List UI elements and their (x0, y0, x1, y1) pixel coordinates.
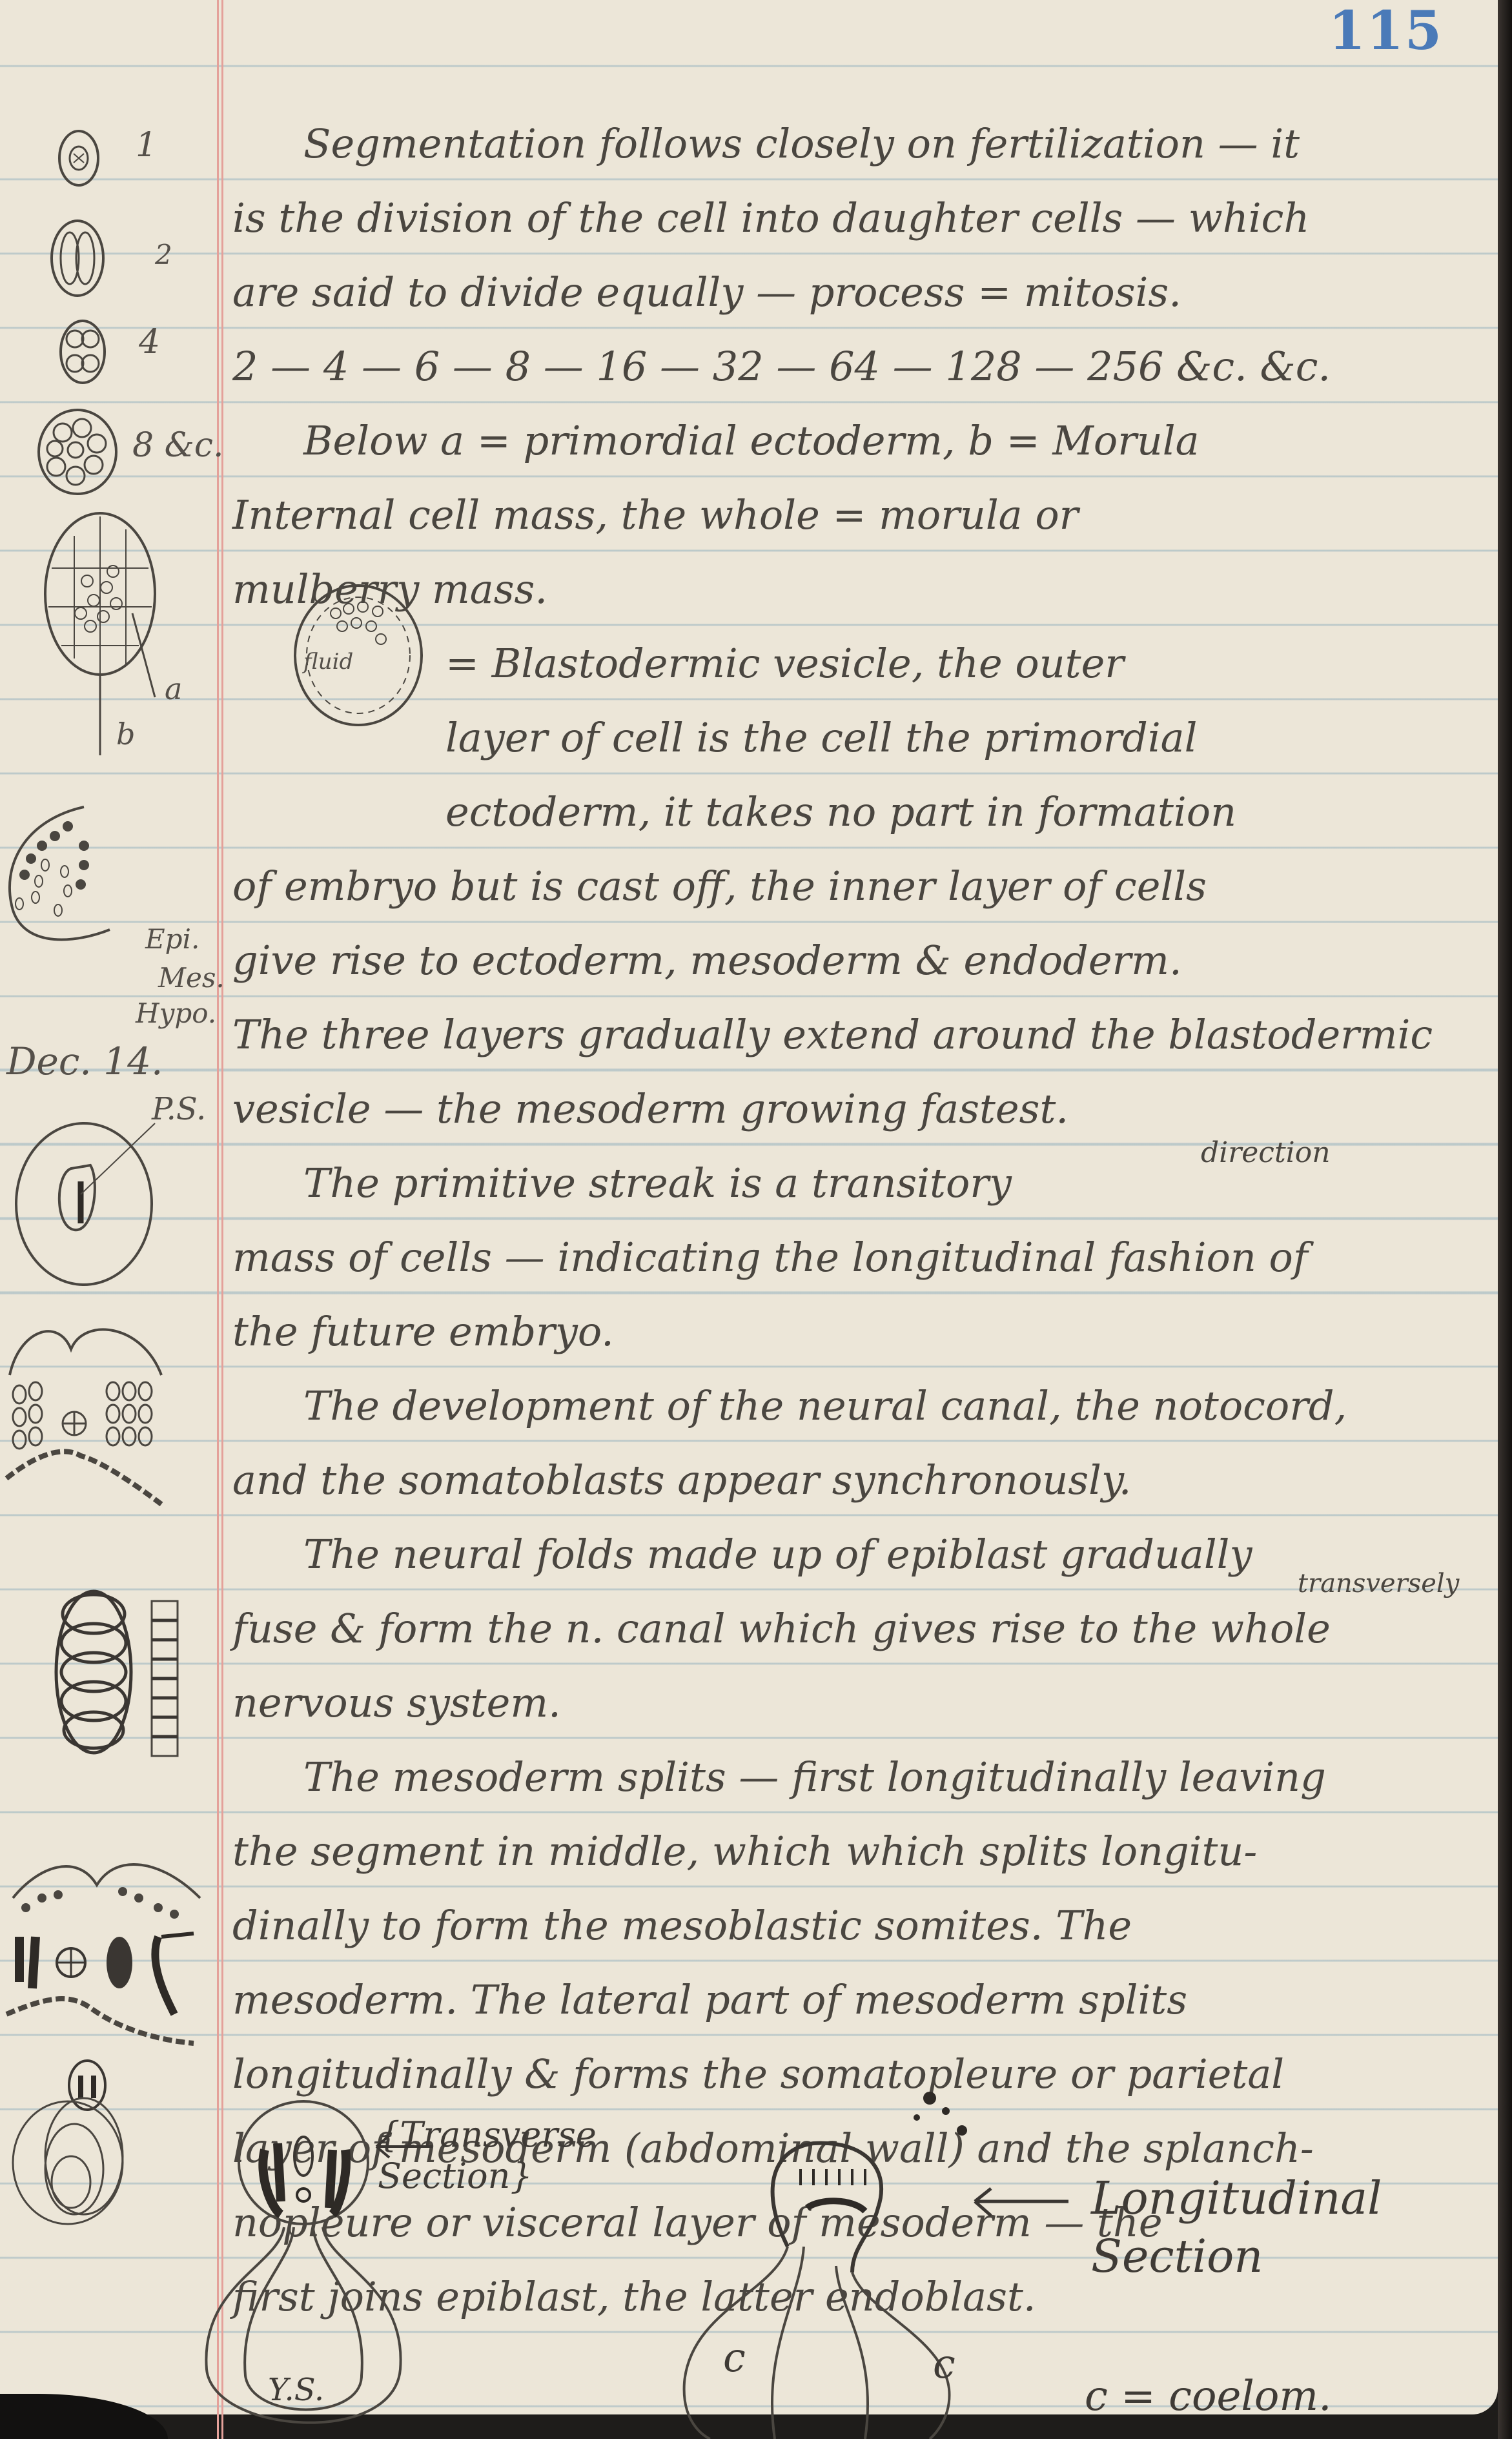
eight-cell-sketch-icon (29, 403, 126, 500)
somites-sketch-icon (39, 1575, 207, 1769)
yolk-sac-label: Y.S. (268, 2369, 324, 2411)
entry-date: Dec. 14. (6, 1039, 163, 1083)
text-line: the future embryo. (232, 1294, 1478, 1369)
label-b: b (116, 717, 135, 751)
two-cell-sketch-icon (45, 213, 116, 303)
four-cell-sketch-icon (52, 313, 116, 391)
text-line: Internal cell mass, the whole = morula o… (232, 478, 1478, 552)
insertion-transversely: transversely (1298, 1569, 1459, 1598)
text-line: The mesoderm splits — first longitudinal… (232, 1740, 1478, 1814)
label-epiblast: Epi. (145, 923, 199, 955)
text-line: 2 — 4 — 6 — 8 — 16 — 32 — 64 — 128 — 256… (232, 329, 1478, 403)
insertion-direction: direction (1201, 1136, 1331, 1169)
coelom-label-right: c (933, 2343, 955, 2385)
notebook-page: 115 1 2 4 8 &c. (0, 0, 1498, 2414)
coelom-label-left: c (723, 2337, 746, 2378)
embryo-overlap-sketch-icon (6, 2059, 155, 2227)
label-fluid: fluid (303, 649, 353, 675)
label-a: a (165, 671, 182, 706)
stage-label-4: 4 (139, 323, 160, 362)
one-cell-sketch-icon (52, 123, 110, 194)
germ-layers-sketch-icon (0, 801, 155, 949)
text-line: Segmentation follows closely on fertiliz… (232, 107, 1478, 181)
longitudinal-section-sketch-icon (659, 2079, 1020, 2439)
morula-sketch-icon (26, 497, 181, 768)
text-line: Below a = primordial ectoderm, b = Morul… (232, 403, 1478, 478)
page-number: 115 (1329, 0, 1443, 62)
text-line: of embryo but is cast off, the inner lay… (232, 849, 1478, 923)
notes-body: Segmentation follows closely on fertiliz… (232, 107, 1478, 2334)
text-line: mass of cells — indicating the longitudi… (232, 1220, 1478, 1294)
text-line: nervous system. (232, 1666, 1478, 1740)
stage-label-8: 8 &c. (132, 426, 224, 465)
text-line: The development of the neural canal, the… (232, 1369, 1478, 1443)
text-line: are said to divide equally — process = m… (232, 255, 1478, 329)
text-line: and the somatoblasts appear synchronousl… (232, 1443, 1478, 1517)
book-spine-shadow (1498, 0, 1512, 2439)
arrow-icon (968, 2182, 1072, 2221)
margin-rule-inner (221, 0, 223, 2439)
text-line: The neural folds made up of epiblast gra… (232, 1517, 1478, 1591)
text-line: is the division of the cell into daughte… (232, 181, 1478, 255)
primitive-streak-sketch-icon (3, 1097, 171, 1291)
neural-folds-sketch-icon (0, 1317, 174, 1511)
text-line: ectoderm, it takes no part in formation (232, 775, 1478, 849)
text-line: the segment in middle, which which split… (232, 1814, 1478, 1888)
margin-rule (217, 0, 219, 2439)
label-hypoblast: Hypo. (136, 997, 216, 1029)
coelom-legend: c = coelom. (1085, 2376, 1331, 2417)
mesoderm-split-sketch-icon (0, 1846, 213, 2046)
stage-label-1: 1 (136, 126, 157, 165)
text-line: fuse & form the n. canal which gives ris… (232, 1591, 1478, 1666)
stage-label-2: 2 (155, 239, 172, 270)
text-line: give rise to ectoderm, mesoderm & endode… (232, 923, 1478, 997)
text-line: dinally to form the mesoblastic somites.… (232, 1888, 1478, 1963)
text-line: mesoderm. The lateral part of mesoderm s… (232, 1963, 1478, 2037)
text-line: vesicle — the mesoderm growing fastest. (232, 1072, 1478, 1146)
longitudinal-section-caption: Longitudinal Section (1091, 2169, 1453, 2285)
arrow-icon (371, 2130, 436, 2163)
text-line: The three layers gradually extend around… (232, 997, 1478, 1072)
label-mesoblast: Mes. (158, 962, 225, 994)
